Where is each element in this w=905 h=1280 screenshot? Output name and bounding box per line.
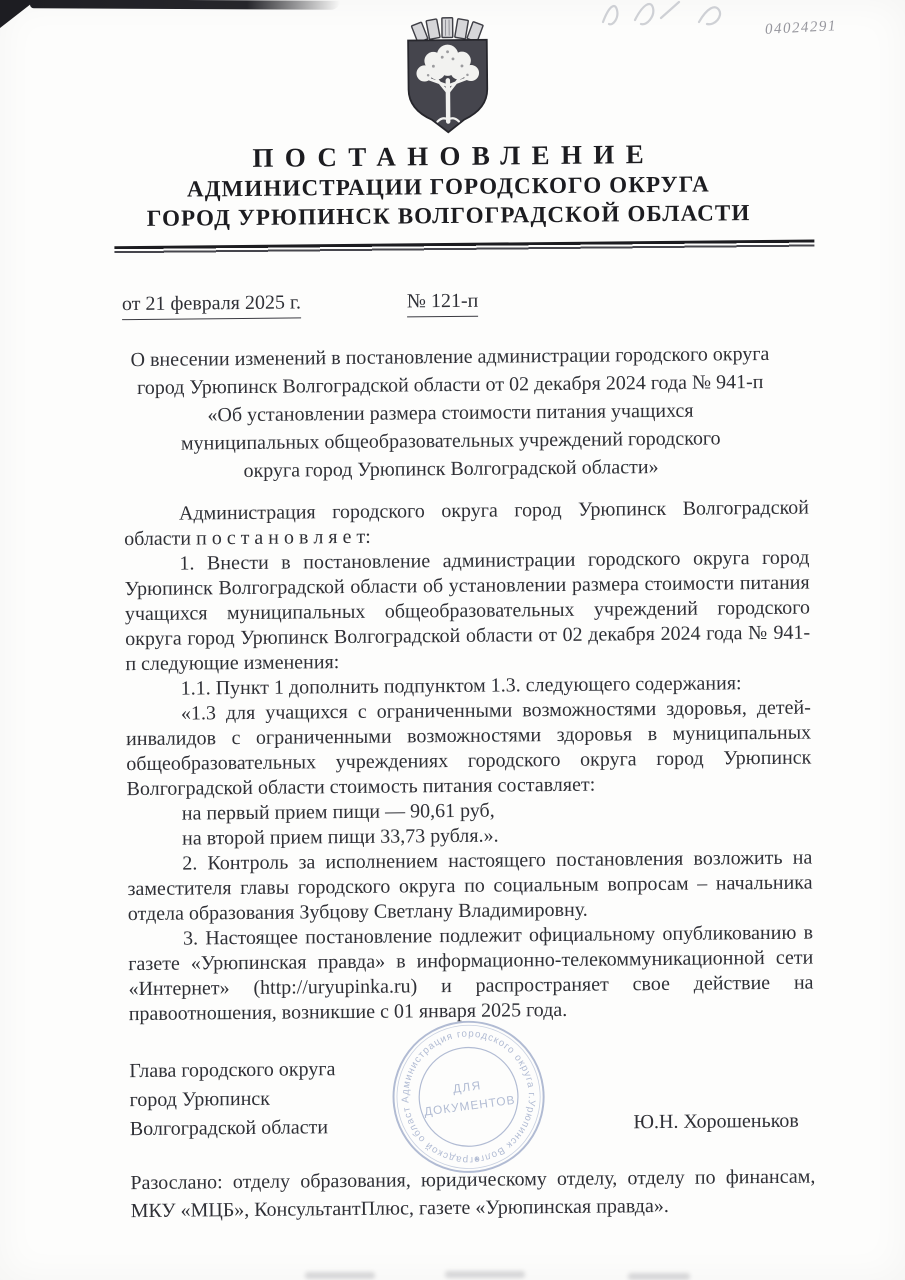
scan-bottom-smudge (445, 1271, 525, 1278)
official-stamp: Администрация городского округа г.Урюпин… (380, 1008, 557, 1185)
scan-bottom-smudge (628, 1273, 690, 1280)
paragraph-item-2: 2. Контроль за исполнением настоящего по… (127, 846, 813, 928)
document-page: 04024291 (0, 0, 905, 1280)
document-body: Администрация городского округа город Ур… (124, 496, 814, 1028)
stamp-center-line-1: ДЛЯ (452, 1078, 482, 1096)
paragraph-preamble: Администрация городского округа город Ур… (124, 496, 809, 553)
signer-name: Ю.Н. Хорошеньков (633, 1107, 799, 1138)
paragraph-item-3: 3. Настоящее постановление подлежит офиц… (128, 921, 814, 1028)
paragraph-item-1: 1. Внести в постановление администрации … (124, 546, 810, 678)
document-number: № 121-п (407, 289, 479, 318)
letterhead-divider (114, 240, 814, 255)
stamp-center-line-2: ДОКУМЕНТОВ (423, 1093, 516, 1119)
document-date: от 21 февраля 2025 г. (122, 290, 301, 320)
coat-of-arms-icon (401, 16, 494, 135)
document-subject: О внесении изменений в постановление адм… (85, 340, 816, 487)
date-number-row: от 21 февраля 2025 г. № 121-п (122, 286, 807, 321)
document-content: ПОСТАНОВЛЕНИЕ АДМИНИСТРАЦИИ ГОРОДСКОГО О… (0, 0, 905, 1226)
paragraph-item-1-3: «1.3 для учащихся с ограниченными возмож… (126, 696, 812, 803)
scan-bottom-smudge (305, 1272, 375, 1279)
